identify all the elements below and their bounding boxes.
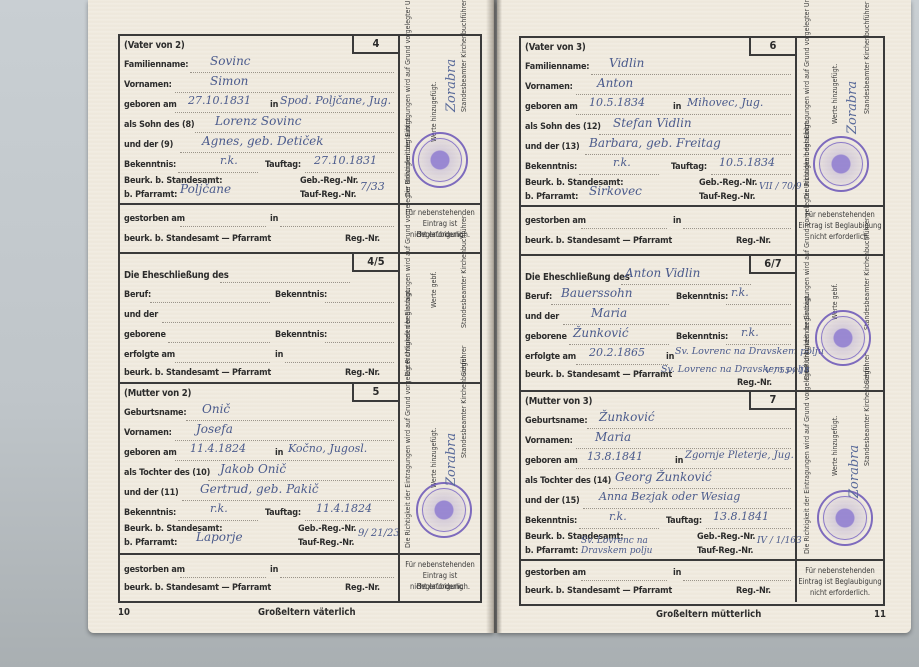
fee-text: Werte gebf.: [430, 258, 439, 308]
label-death-cert: beurk. b. Standesamt — Pfarramt: [525, 586, 672, 596]
parish-stamp: [813, 136, 869, 192]
parish-stamp: [412, 132, 468, 188]
footer-title-right: Großeltern mütterlich: [656, 609, 761, 620]
right-side-column: Die Richtigkeit der Eintragungen wird au…: [795, 38, 883, 602]
certification-text: Die Richtigkeit der Eintragungen wird au…: [803, 396, 812, 554]
officer-text: Standesbeamter Kirchenbuchführer: [863, 44, 872, 114]
signature: Zorabra: [444, 396, 459, 486]
left-side-column: Die Richtigkeit der Eintragungen wird au…: [398, 36, 480, 601]
label-died-on: gestorben am: [525, 568, 586, 578]
right-mother-border: [521, 38, 795, 561]
fee-text: Werte hinzugefügt.: [831, 396, 840, 476]
label-reg-no: Reg.-Nr.: [345, 583, 380, 593]
parish-stamp: [416, 482, 472, 538]
signature: Zorabra: [444, 42, 459, 112]
parish-stamp: [817, 490, 873, 546]
fee-text: Werte hinzugefügt.: [430, 42, 439, 142]
page-number-left: 10: [118, 607, 130, 618]
footer-title-left: Großeltern väterlich: [258, 607, 356, 618]
fee-text: Werte hinzugefügt.: [430, 388, 439, 488]
note-line-2: Eintrag ist Beglaubigung: [797, 576, 883, 587]
officer-text: Standesbeamter Kirchenbuchführer: [460, 42, 469, 112]
label-died-in: in: [270, 565, 278, 575]
officer-text: Standesbeamter Kirchenbuchführer: [460, 258, 469, 328]
note-line-3: nicht erforderlich.: [400, 229, 480, 240]
note-line-1: Für nebenstehenden: [400, 559, 480, 570]
label-died-in: in: [673, 568, 681, 578]
label-reg-no: Reg.-Nr.: [736, 586, 771, 596]
certification-text: Die Richtigkeit der Eintragungen wird au…: [404, 388, 413, 548]
right-mother-death: gestorben am in beurk. b. Standesamt — P…: [521, 560, 795, 602]
left-mother-border: [120, 36, 398, 555]
book-gutter: [486, 0, 502, 633]
note-line-3: nicht erforderlich.: [797, 587, 883, 598]
note-line-1: Für nebenstehenden: [797, 565, 883, 576]
signature: Zorabra: [847, 398, 862, 498]
note-line-1: Für nebenstehenden: [400, 207, 480, 218]
label-died-on: gestorben am: [124, 565, 185, 575]
signature: Zorabra: [845, 44, 860, 134]
left-mother-death: gestorben am in beurk. b. Standesamt — P…: [120, 555, 398, 601]
note-line-3: nicht erforderlich.: [400, 581, 480, 592]
fee-text: Werte hinzugefügt.: [831, 44, 840, 124]
label-death-cert: beurk. b. Standesamt — Pfarramt: [124, 583, 271, 593]
page-number-right: 11: [874, 609, 886, 620]
officer-text: Standesbeamter Kirchenbuchführer: [863, 396, 872, 466]
officer-text: Standesbeamter Kirchenbuchführer: [460, 388, 469, 458]
